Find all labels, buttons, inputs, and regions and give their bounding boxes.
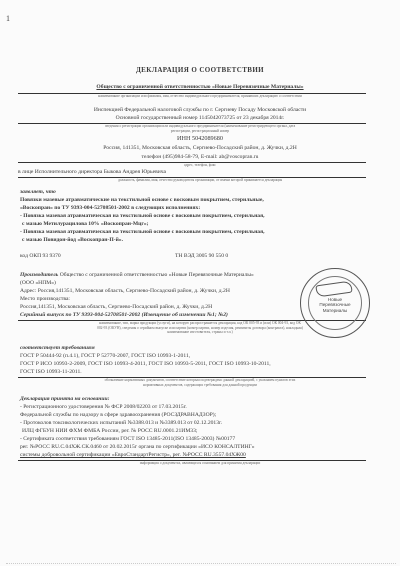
registration-authority: Инспекцией Федеральной налоговой службы …: [0, 107, 400, 114]
basis-line-1: - Регистрационного удостоверения № ФСР 2…: [20, 404, 187, 411]
basis-caption: информация о документах, являющихся осно…: [0, 461, 400, 466]
applicant-name-caption: наименование организации или фамилия, им…: [0, 94, 400, 99]
seal-text: Новые Перевязочные Материалы: [315, 297, 355, 313]
manufacturer-short-name: (ООО «НПМ»): [20, 280, 56, 287]
production-site-address: Россия,141351, Московская область, Серги…: [20, 304, 212, 311]
applicant-address: Россия, 141351, Московская область, Серг…: [0, 145, 400, 152]
variant-1-line-1: - Повязка мазевая атравматическая на тек…: [20, 213, 265, 220]
serial-production: Серийный выпуск по ТУ 9393-004-52708501-…: [20, 312, 228, 319]
manufacturer-address: Адрес: Россия,141351, Московская область…: [20, 288, 230, 295]
basis-line-3: - Протоколов токсикологических испытаний…: [20, 420, 222, 427]
applicant-name: Общество с ограниченной ответственностью…: [0, 84, 400, 91]
okp-code: код ОКП 93 9370: [20, 253, 61, 260]
basis-heading: Декларация принята на основании:: [20, 396, 110, 403]
basis-line-7: системы добровольной сертификации «ЕвроС…: [20, 452, 246, 459]
compliance-line-2: ГОСТ Р ИСО 10993-2-2009, ГОСТ ISO 10993-…: [20, 361, 271, 368]
declares-heading: заявляет, что: [20, 189, 56, 196]
basis-line-6: рег. №РОСС RU.C.04ХЖ.СК.0460 от 20.02.20…: [20, 444, 255, 451]
compliance-line-3: ГОСТ ISO 10993-11-2011.: [20, 369, 82, 376]
basis-line-5: - Сертификата соответствия требованиям Г…: [20, 436, 235, 443]
variant-2-line-2: с мазью Повидон-йод «Воскопран-П-й».: [22, 237, 123, 244]
compliance-line-1: ГОСТ Р 50444-92 (п.4.1), ГОСТ Р 52770-20…: [20, 353, 190, 360]
contacts-caption: адрес, телефон, факс: [0, 163, 400, 168]
tnved-code: ТН ВЭД 3005 90 550 0: [175, 253, 228, 260]
representative-caption: должность, фамилия, имя, отчество руково…: [0, 178, 400, 183]
inn: ИНН 5042089680: [0, 135, 400, 142]
variant-2-line-1: - Повязка мазевая атравматическая на тек…: [20, 229, 265, 236]
representative: в лице Исполнительного директора Быкова …: [18, 169, 166, 176]
manufacturer-label: Производитель: [20, 272, 58, 278]
document-title: ДЕКЛАРАЦИЯ О СООТВЕТСТВИИ: [0, 66, 400, 74]
scan-edge: [6, 563, 396, 564]
production-site-label: Место производства:: [20, 296, 70, 303]
company-seal: Новые Перевязочные Материалы: [300, 268, 370, 338]
basis-line-2: Федеральной службы по надзору в сфере зд…: [20, 412, 216, 419]
corner-mark: 1: [6, 14, 10, 23]
basis-line-4: ИЛЦ ФГБУН НИИ ФХМ ФМБА России, рег. № РО…: [22, 428, 197, 435]
declaration-page: 1 ДЕКЛАРАЦИЯ О СООТВЕТСТВИИ Общество с о…: [0, 0, 400, 566]
registration-caption-2: регистрации, регистрационный номер: [0, 129, 400, 134]
variant-1-line-2: с мазью Метилурацилова 10% «Воскопран-Мц…: [22, 221, 149, 228]
product-line-1: Повязки мазевые атравматические на текст…: [20, 197, 264, 204]
compliance-caption-2: нормативных документов, содержащих требо…: [0, 383, 400, 388]
applicant-contacts: телефон (495)984-58-79, E-mail: ab@vosco…: [0, 154, 400, 161]
registration-number: Основной государственный номер 114504207…: [0, 115, 400, 122]
product-line-2: «Воскопран» по ТУ 9393-004-52708501-2002…: [20, 205, 200, 212]
compliance-heading: соответствует требованиям: [20, 345, 95, 352]
manufacturer-name: Общество с ограниченной ответственностью…: [60, 272, 254, 278]
